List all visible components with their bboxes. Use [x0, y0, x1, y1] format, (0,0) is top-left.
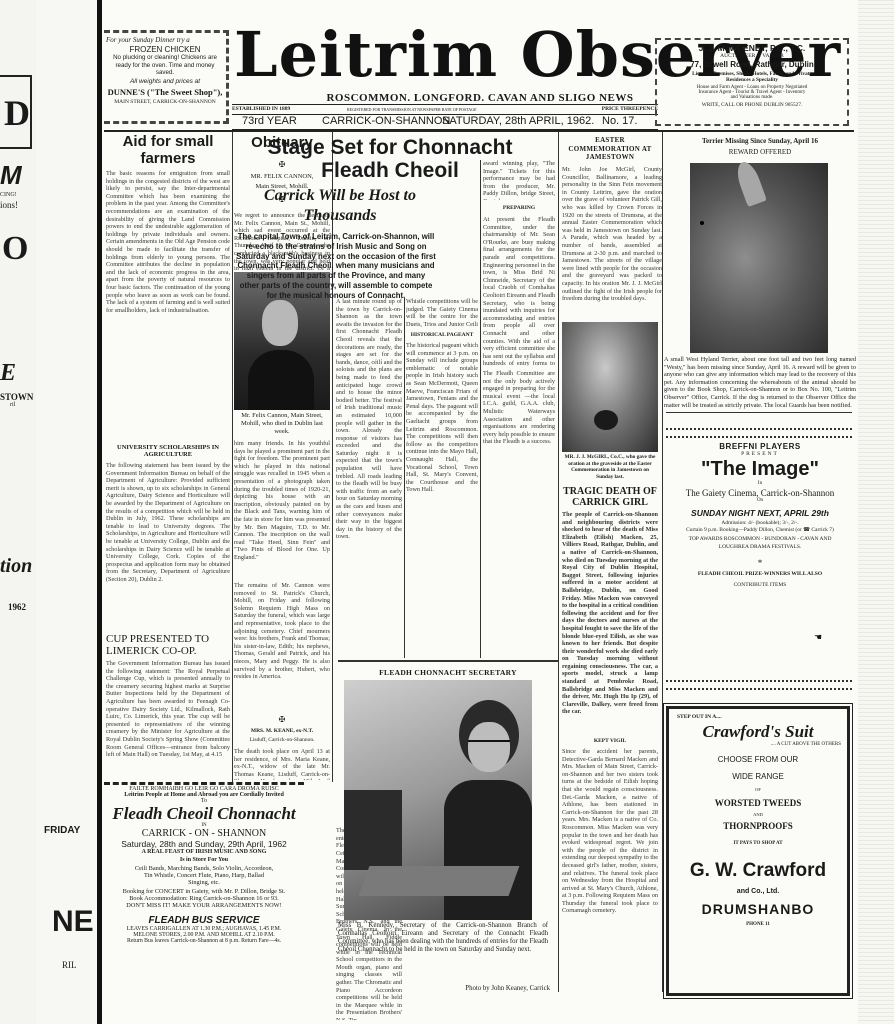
fleadh-cheoil-ad: FAILTE ROMHAIBH GO LEIR GO CARA DROMA RU… [104, 786, 304, 986]
column-rule [404, 298, 405, 658]
ad-border [666, 428, 852, 438]
ad-title: Fleadh Cheoil Chonnacht [104, 804, 304, 823]
ad-line: and Valuations made. [657, 95, 847, 100]
fragment-text: ril [10, 402, 15, 408]
awards: TOP AWARDS ROSCOMMON - BUNDORAN - CAVAN … [664, 536, 856, 542]
fragment-text: E [0, 360, 16, 387]
easter-body: Mr. John Joe McGirl, County Councillor, … [562, 166, 662, 321]
main-subhead: Carrick Will be Host to Thousands [240, 186, 440, 226]
obit-body: The remains of Mr. Cannon were removed t… [234, 582, 330, 712]
ad-line: THORNPROOFS [669, 821, 847, 831]
ad-line: AND [669, 812, 847, 817]
tragic-body: The people of Carrick-on-Shannon and nei… [562, 511, 658, 733]
column-rule [558, 132, 559, 992]
admission: Admission: 4/- (bookable); 3/-, 2/-. [664, 520, 856, 526]
ad-line: BREFFNI PLAYERS [664, 442, 856, 451]
adjacent-page-edge [858, 0, 894, 1024]
fragment-text: tion [0, 555, 32, 578]
mcgirl-caption: MR. J. J. McGIRL, Co.C., who gave the or… [562, 454, 658, 480]
fragment-text: STOWN [0, 392, 33, 402]
ad-border [666, 680, 852, 690]
ad-line: A REAL FEAST OF IRISH MUSIC AND SONG [104, 849, 304, 855]
fragment-text: D [4, 92, 30, 134]
easter-headline: EASTER COMMEMORATION AT JAMESTOWN [560, 136, 660, 162]
dunnes-ad: For your Sunday Dinner try a FROZEN CHIC… [104, 30, 229, 124]
masthead-title: Leitrim Observer [234, 20, 664, 90]
ad-line: Ceili Bands, Marching Bands, Solo Violin… [104, 865, 304, 872]
main-body-col3b: At present the Fleadh Committee, under t… [483, 216, 555, 366]
ad-line: Is in Store For You [104, 857, 304, 863]
fragment-text: 1962 [8, 602, 26, 612]
ad-line: In [664, 481, 856, 486]
curtain-booking: Curtain 9 p.m. Booking—Paddy Dillon, Che… [664, 527, 856, 533]
kept-vigil-body: Since the accident her parents, Detectiv… [562, 748, 658, 986]
ad-line: FLEADH BUS SERVICE [104, 915, 304, 926]
fragment-text: ions! [0, 200, 18, 210]
ad-line: On [664, 498, 856, 503]
play-title: "The Image" [664, 457, 856, 481]
ad-line: STEP OUT IN A.... [677, 714, 847, 720]
main-lede: The capital Town of Leitrim, Carrick-on-… [236, 232, 436, 301]
fragment-text: M [0, 160, 22, 191]
star-icon: * [664, 558, 856, 568]
terrier-body: A small West Hyland Terrier, about one f… [664, 356, 856, 409]
ad-line: 77, Orwell Road, Rathgar, Dublin [657, 60, 847, 69]
main-body-col2b: The historical pageant which will commen… [406, 342, 478, 652]
ad-line: MAIN STREET, CARRICK-ON-SHANNON [104, 99, 226, 105]
ad-line: Booking for CONCERT in Gaiety, with Mr. … [104, 888, 304, 895]
ad-title: Crawford's Suit [669, 722, 847, 742]
fragment-text: O [2, 230, 28, 268]
ad-line: Return Bus leaves Carrick-on-Shannon at … [104, 938, 304, 944]
ad-line: J. J. McWEENEY, P.C., T.C. [657, 43, 847, 53]
established: ESTABLISHED IN 1889 [232, 105, 290, 114]
fragment-text: FRIDAY [44, 825, 80, 836]
ad-line: FLEADH CHEOIL PRIZE-WINNERS WILL ALSO [664, 571, 856, 577]
ad-line: Residences a Speciality [657, 77, 847, 83]
ad-line: WRITE, CALL OR PHONE DUBLIN 905527. [657, 102, 847, 108]
aid-body: The basic reasons for emigration from sm… [106, 170, 230, 440]
ad-line: .... A CUT ABOVE THE OTHERS [669, 742, 847, 747]
ad-line: WIDE RANGE [669, 772, 847, 781]
column-rule [332, 132, 333, 782]
ad-line: AUCTIONEER & VALUER [657, 53, 847, 59]
ad-border [104, 782, 304, 785]
photo-credit: Photo by John Keaney, Carrick [430, 985, 550, 992]
ad-line: Book Accommodation: Ring Carrick-on-Shan… [104, 895, 304, 902]
terrier-photo [690, 163, 828, 353]
store-town: DRUMSHANBO [669, 901, 847, 917]
pointing-hand-icon: ☚ [814, 632, 822, 643]
secretary-headline: FLEADH CHONNACHT SECRETARY [338, 668, 558, 677]
store-name: G. W. Crawford [669, 860, 847, 882]
fragment-text: RIL [62, 960, 77, 970]
cross-icon: ✠ [234, 715, 330, 724]
column-rule [662, 132, 663, 992]
ad-line: and Co., Ltd. [669, 888, 847, 895]
cup-body: The Government Information Bureau has is… [106, 660, 230, 780]
obit-body: him many friends. In his youthful days h… [234, 440, 330, 580]
scholarships-body: The following statement has been issued … [106, 462, 230, 630]
ad-line: DON'T MISS IT! MAKE YOUR ARRANGEMENTS NO… [104, 902, 304, 909]
mcweeney-ad: J. J. McWEENEY, P.C., T.C. AUCTIONEER & … [655, 38, 849, 126]
reward-text: REWARD OFFERED [664, 148, 856, 156]
ad-line: IT PAYS TO SHOP AT [669, 841, 847, 846]
preparing-heading: PREPARING [483, 205, 555, 211]
ad-line: Singing, etc. [104, 879, 304, 886]
cup-headline: CUP PRESENTED TO LIMERICK CO-OP. [106, 633, 230, 657]
breffni-players-ad: BREFFNI PLAYERS PRESENT "The Image" In T… [664, 438, 856, 668]
aid-headline: Aid for small farmers [106, 133, 230, 167]
crawford-ad: STEP OUT IN A.... Crawford's Suit .... A… [666, 706, 850, 996]
obit-body: The death took place on April 13 at her … [234, 748, 330, 780]
year: 73rd YEAR [242, 114, 297, 129]
ad-line: FROZEN CHICKEN [104, 45, 226, 54]
ad-line: Tin Whistle, Concert Flute, Piano, Harp,… [104, 872, 304, 879]
main-body-col1: A last minute round up of the town by Ca… [336, 298, 402, 718]
ad-line: CHOOSE FROM OUR [669, 755, 847, 764]
ad-line: CARRICK - ON - SHANNON [104, 828, 304, 839]
column-rule [480, 160, 481, 658]
ad-line: WORSTED TWEEDS [669, 798, 847, 808]
registered: REGISTERED FOR TRANSMISSION AT NEWSPAPER… [347, 105, 477, 114]
main-headline-line1: Stage Set for Chonnacht [240, 136, 540, 159]
date: SATURDAY, 28th APRIL, 1962. [442, 114, 594, 129]
ad-line: No plucking or cleaning! Chickens are re… [104, 54, 226, 77]
adjacent-page-strip: D M CING! ions! O E STOWN ril tion 1962 [0, 0, 36, 1024]
venue: The Gaiety Cinema, Carrick-on-Shannon [664, 488, 856, 498]
tragic-headline: TRAGIC DEATH OF CARRICK GIRL [562, 486, 658, 508]
performance-date: SUNDAY NIGHT NEXT, APRIL 29th [664, 508, 856, 518]
terrier-headline: Terrier Missing Since Sunday, April 16 [664, 137, 856, 145]
section-divider [666, 412, 852, 413]
price: PRICE THREEPENCE [602, 105, 658, 114]
adjacent-page-gap: FRIDAY NE RIL [36, 0, 97, 1024]
secretary-caption: Miss B. Kennedy, Secretary of the Carric… [338, 922, 548, 954]
ad-line: PHONE 11 [669, 922, 847, 927]
ad-line: CONTRIBUTE ITEMS [664, 582, 856, 588]
town: CARRICK-ON-SHANNON [322, 114, 450, 129]
kept-vigil-heading: KEPT VIGIL [562, 738, 658, 744]
ad-line: Saturday, 28th and Sunday, 29th April, 1… [104, 839, 304, 849]
main-body-col3c: The Fleadh Committee are not the only bo… [483, 370, 555, 660]
fragment-text: CING! [0, 192, 17, 198]
scholarships-headline: UNIVERSITY SCHOLARSHIPS IN AGRICULTURE [106, 444, 230, 458]
fragment-text: NE [52, 905, 94, 939]
secretary-photo [344, 680, 532, 920]
ad-line: For your Sunday Dinner try a [106, 36, 226, 44]
masthead-divider [104, 130, 854, 132]
awards: LOUGHREA DRAMA FESTIVALS. [664, 544, 856, 550]
ad-line: All weights and prices at [104, 78, 226, 85]
main-body-col3a: award winning play, "The Image." Tickets… [483, 160, 555, 200]
mcgirl-photo [562, 322, 658, 452]
ad-line: OF [669, 787, 847, 792]
issue-number: No. 17. [602, 114, 637, 129]
obit-name: MRS. M. KEANE, ex-N.T. [234, 728, 330, 734]
obit-address: Lisduff, Carrick-on-Shannon. [234, 737, 330, 743]
main-body-col2: Whistle competitions will be judged. The… [406, 298, 478, 328]
ad-line: DUNNE'S ("The Sweet Shop"), [104, 87, 226, 97]
dateline: 73rd YEAR CARRICK-ON-SHANNON SATURDAY, 2… [232, 114, 658, 131]
photo-caption: Mr. Felix Cannon, Main Street, Mohill, w… [234, 412, 330, 436]
masthead-subtitle: ROSCOMMON. LONGFORD. CAVAN AND SLIGO NEW… [310, 92, 650, 104]
column-rule [232, 132, 233, 782]
section-divider [338, 660, 558, 662]
page-gutter [97, 0, 102, 1024]
historical-pageant-heading: HISTORICAL PAGEANT [406, 332, 478, 338]
